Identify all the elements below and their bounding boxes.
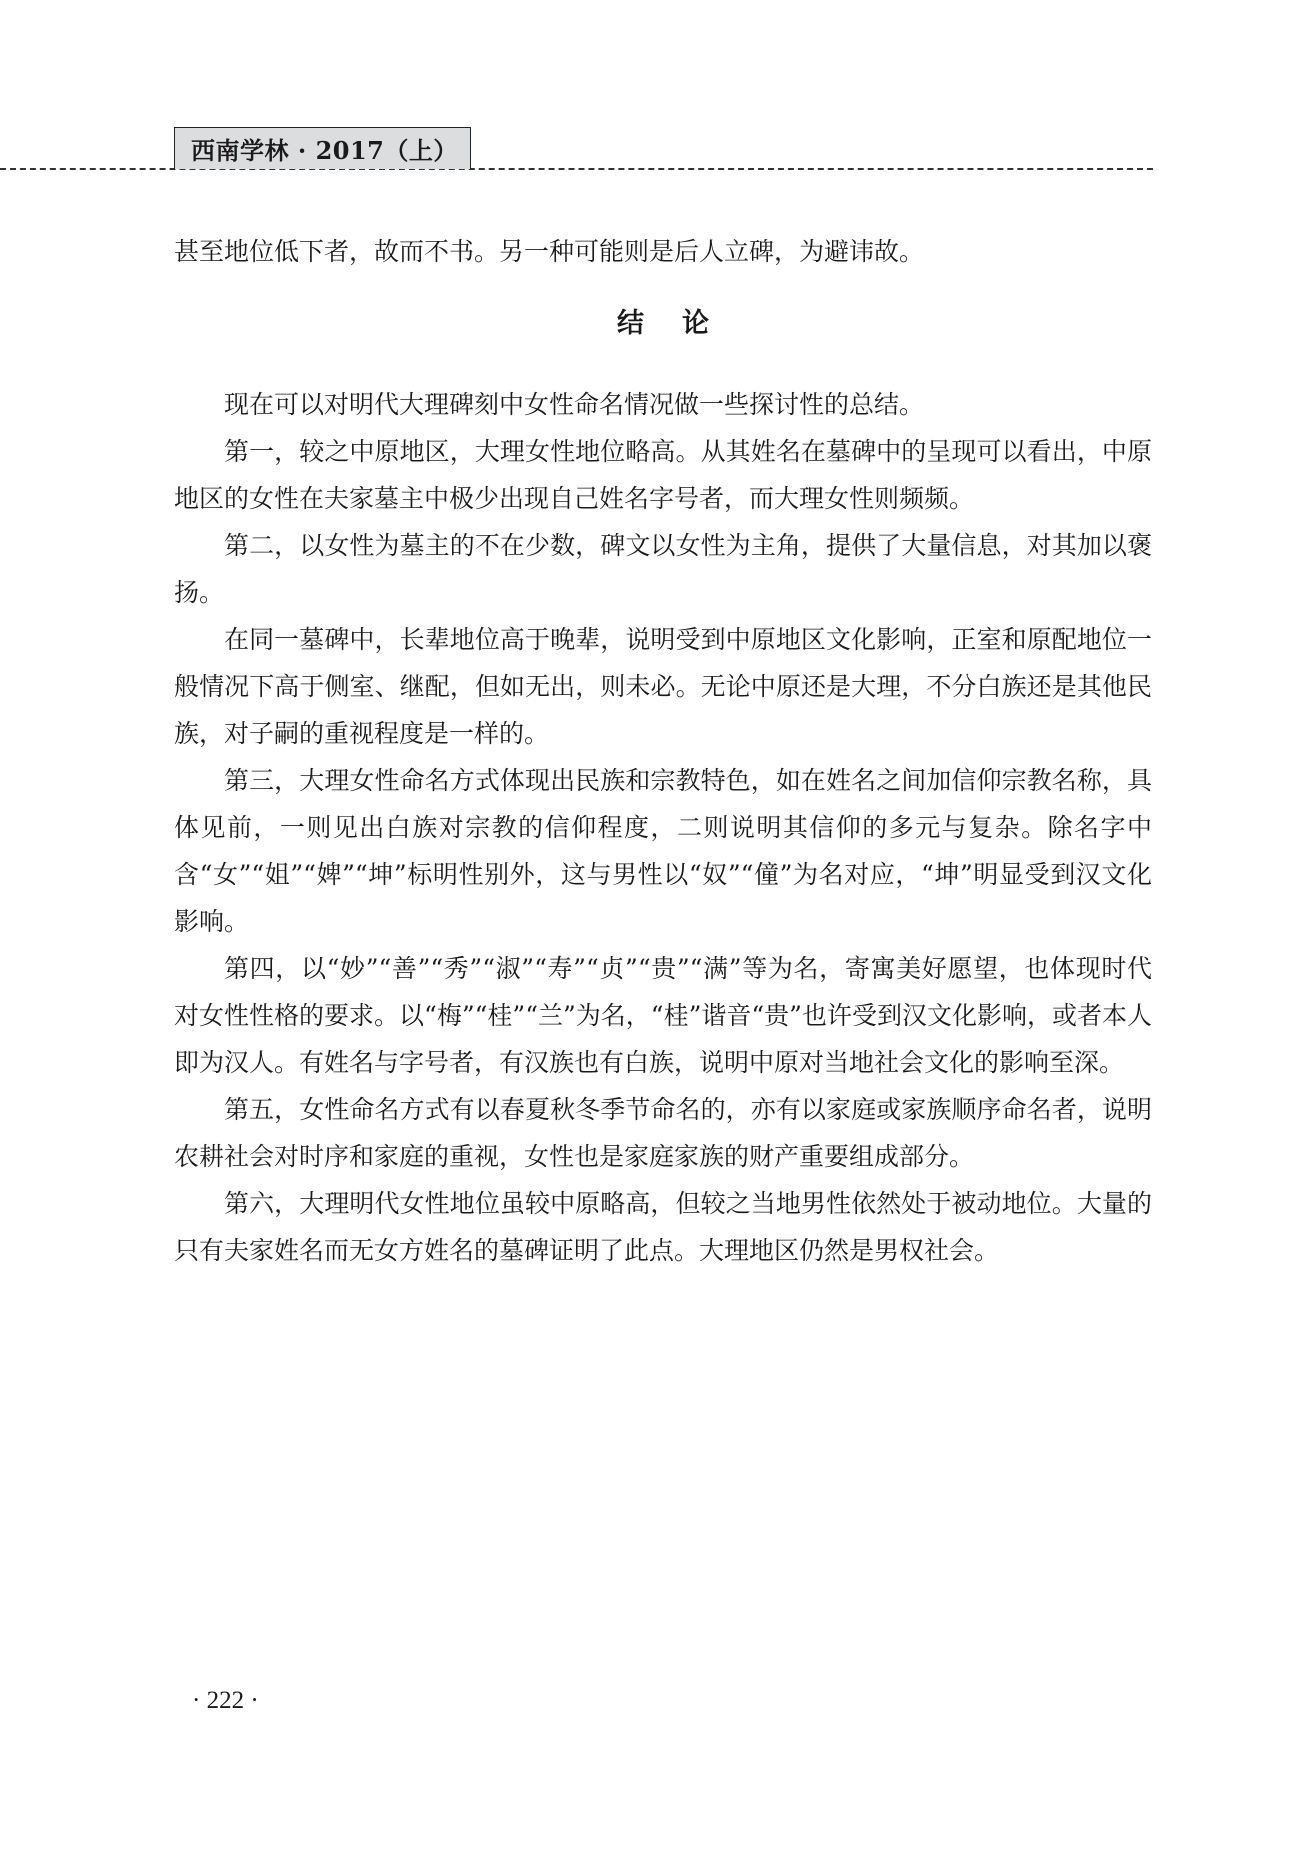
- header-dashed-rule: [0, 168, 1153, 170]
- paragraph-point-1: 第一，较之中原地区，大理女性地位略高。从其姓名在墓碑中的呈现可以看出，中原地区的…: [174, 428, 1152, 522]
- page-number: · 222 ·: [192, 1687, 259, 1715]
- continuation-paragraph: 甚至地位低下者，故而不书。另一种可能则是后人立碑，为避讳故。: [174, 228, 1152, 275]
- paragraph-point-2: 第二，以女性为墓主的不在少数，碑文以女性为主角，提供了大量信息，对其加以褒扬。: [174, 522, 1152, 616]
- running-header-journal-title: 西南学林 · 2017（上）: [174, 127, 471, 169]
- paragraph-point-2-continued: 在同一墓碑中，长辈地位高于晚辈，说明受到中原地区文化影响，正室和原配地位一般情况…: [174, 616, 1152, 757]
- paragraph-point-6: 第六，大理明代女性地位虽较中原略高，但较之当地男性依然处于被动地位。大量的只有夫…: [174, 1180, 1152, 1274]
- paragraph-point-3: 第三，大理女性命名方式体现出民族和宗教特色，如在姓名之间加信仰宗教名称，具体见前…: [174, 757, 1152, 945]
- section-title: 结论: [212, 300, 1152, 347]
- paragraph-intro: 现在可以对明代大理碑刻中女性命名情况做一些探讨性的总结。: [174, 381, 1152, 428]
- paragraph-point-5: 第五，女性命名方式有以春夏秋冬季节命名的，亦有以家庭或家族顺序命名者，说明农耕社…: [174, 1086, 1152, 1180]
- paragraph-point-4: 第四，以“妙”“善”“秀”“淑”“寿”“贞”“贵”“满”等为名，寄寓美好愿望，也…: [174, 945, 1152, 1086]
- article-body: 甚至地位低下者，故而不书。另一种可能则是后人立碑，为避讳故。 结论 现在可以对明…: [174, 228, 1152, 1274]
